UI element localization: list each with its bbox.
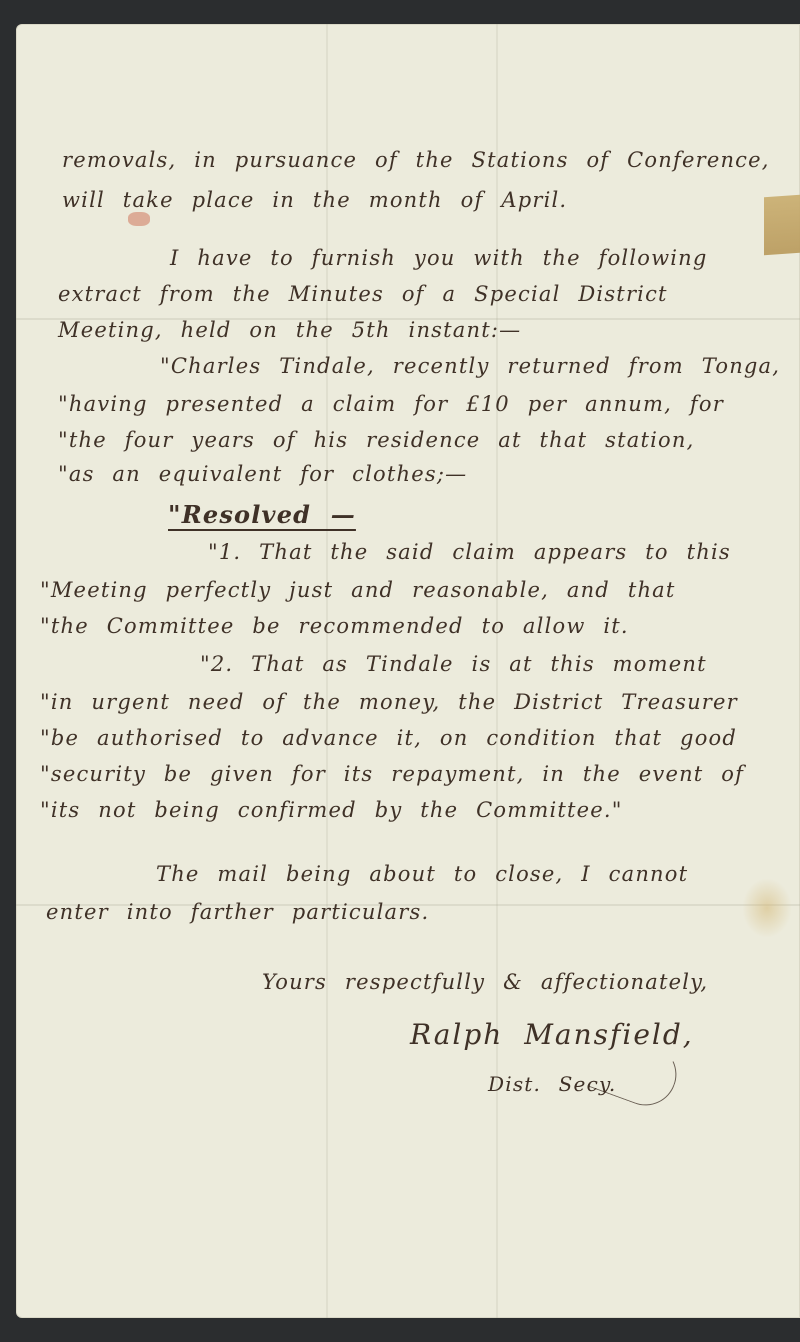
resolved-heading: "Resolved — — [168, 500, 356, 529]
text-line: will take place in the month of April. — [62, 188, 567, 212]
text-line: removals, in pursuance of the Stations o… — [62, 148, 770, 172]
valediction: Yours respectfully & affectionately, — [262, 970, 708, 994]
text-line: I have to furnish you with the following — [170, 246, 708, 270]
resolution-line: "1. That the said claim appears to this — [208, 540, 731, 564]
document-scan: removals, in pursuance of the Stations o… — [0, 0, 800, 1342]
resolution-line: "be authorised to advance it, on conditi… — [40, 726, 737, 750]
text-line: Meeting, held on the 5th instant:— — [58, 318, 521, 342]
quote-line: "as an equivalent for clothes;— — [58, 462, 467, 486]
resolution-line: "in urgent need of the money, the Distri… — [40, 690, 738, 714]
letter-body: removals, in pursuance of the Stations o… — [0, 0, 800, 1342]
quote-line: "the four years of his residence at that… — [58, 428, 694, 452]
quote-line: "having presented a claim for £10 per an… — [58, 392, 724, 416]
resolution-line: "Meeting perfectly just and reasonable, … — [40, 578, 676, 602]
quote-line: "Charles Tindale, recently returned from… — [160, 354, 780, 378]
text-line: extract from the Minutes of a Special Di… — [58, 282, 668, 306]
resolution-line: "its not being confirmed by the Committe… — [40, 798, 623, 822]
resolution-line: "the Committee be recommended to allow i… — [40, 614, 629, 638]
resolution-line: "security be given for its repayment, in… — [40, 762, 744, 786]
text-line: The mail being about to close, I cannot — [156, 862, 688, 886]
resolution-line: "2. That as Tindale is at this moment — [200, 652, 707, 676]
text-line: enter into farther particulars. — [46, 900, 429, 924]
